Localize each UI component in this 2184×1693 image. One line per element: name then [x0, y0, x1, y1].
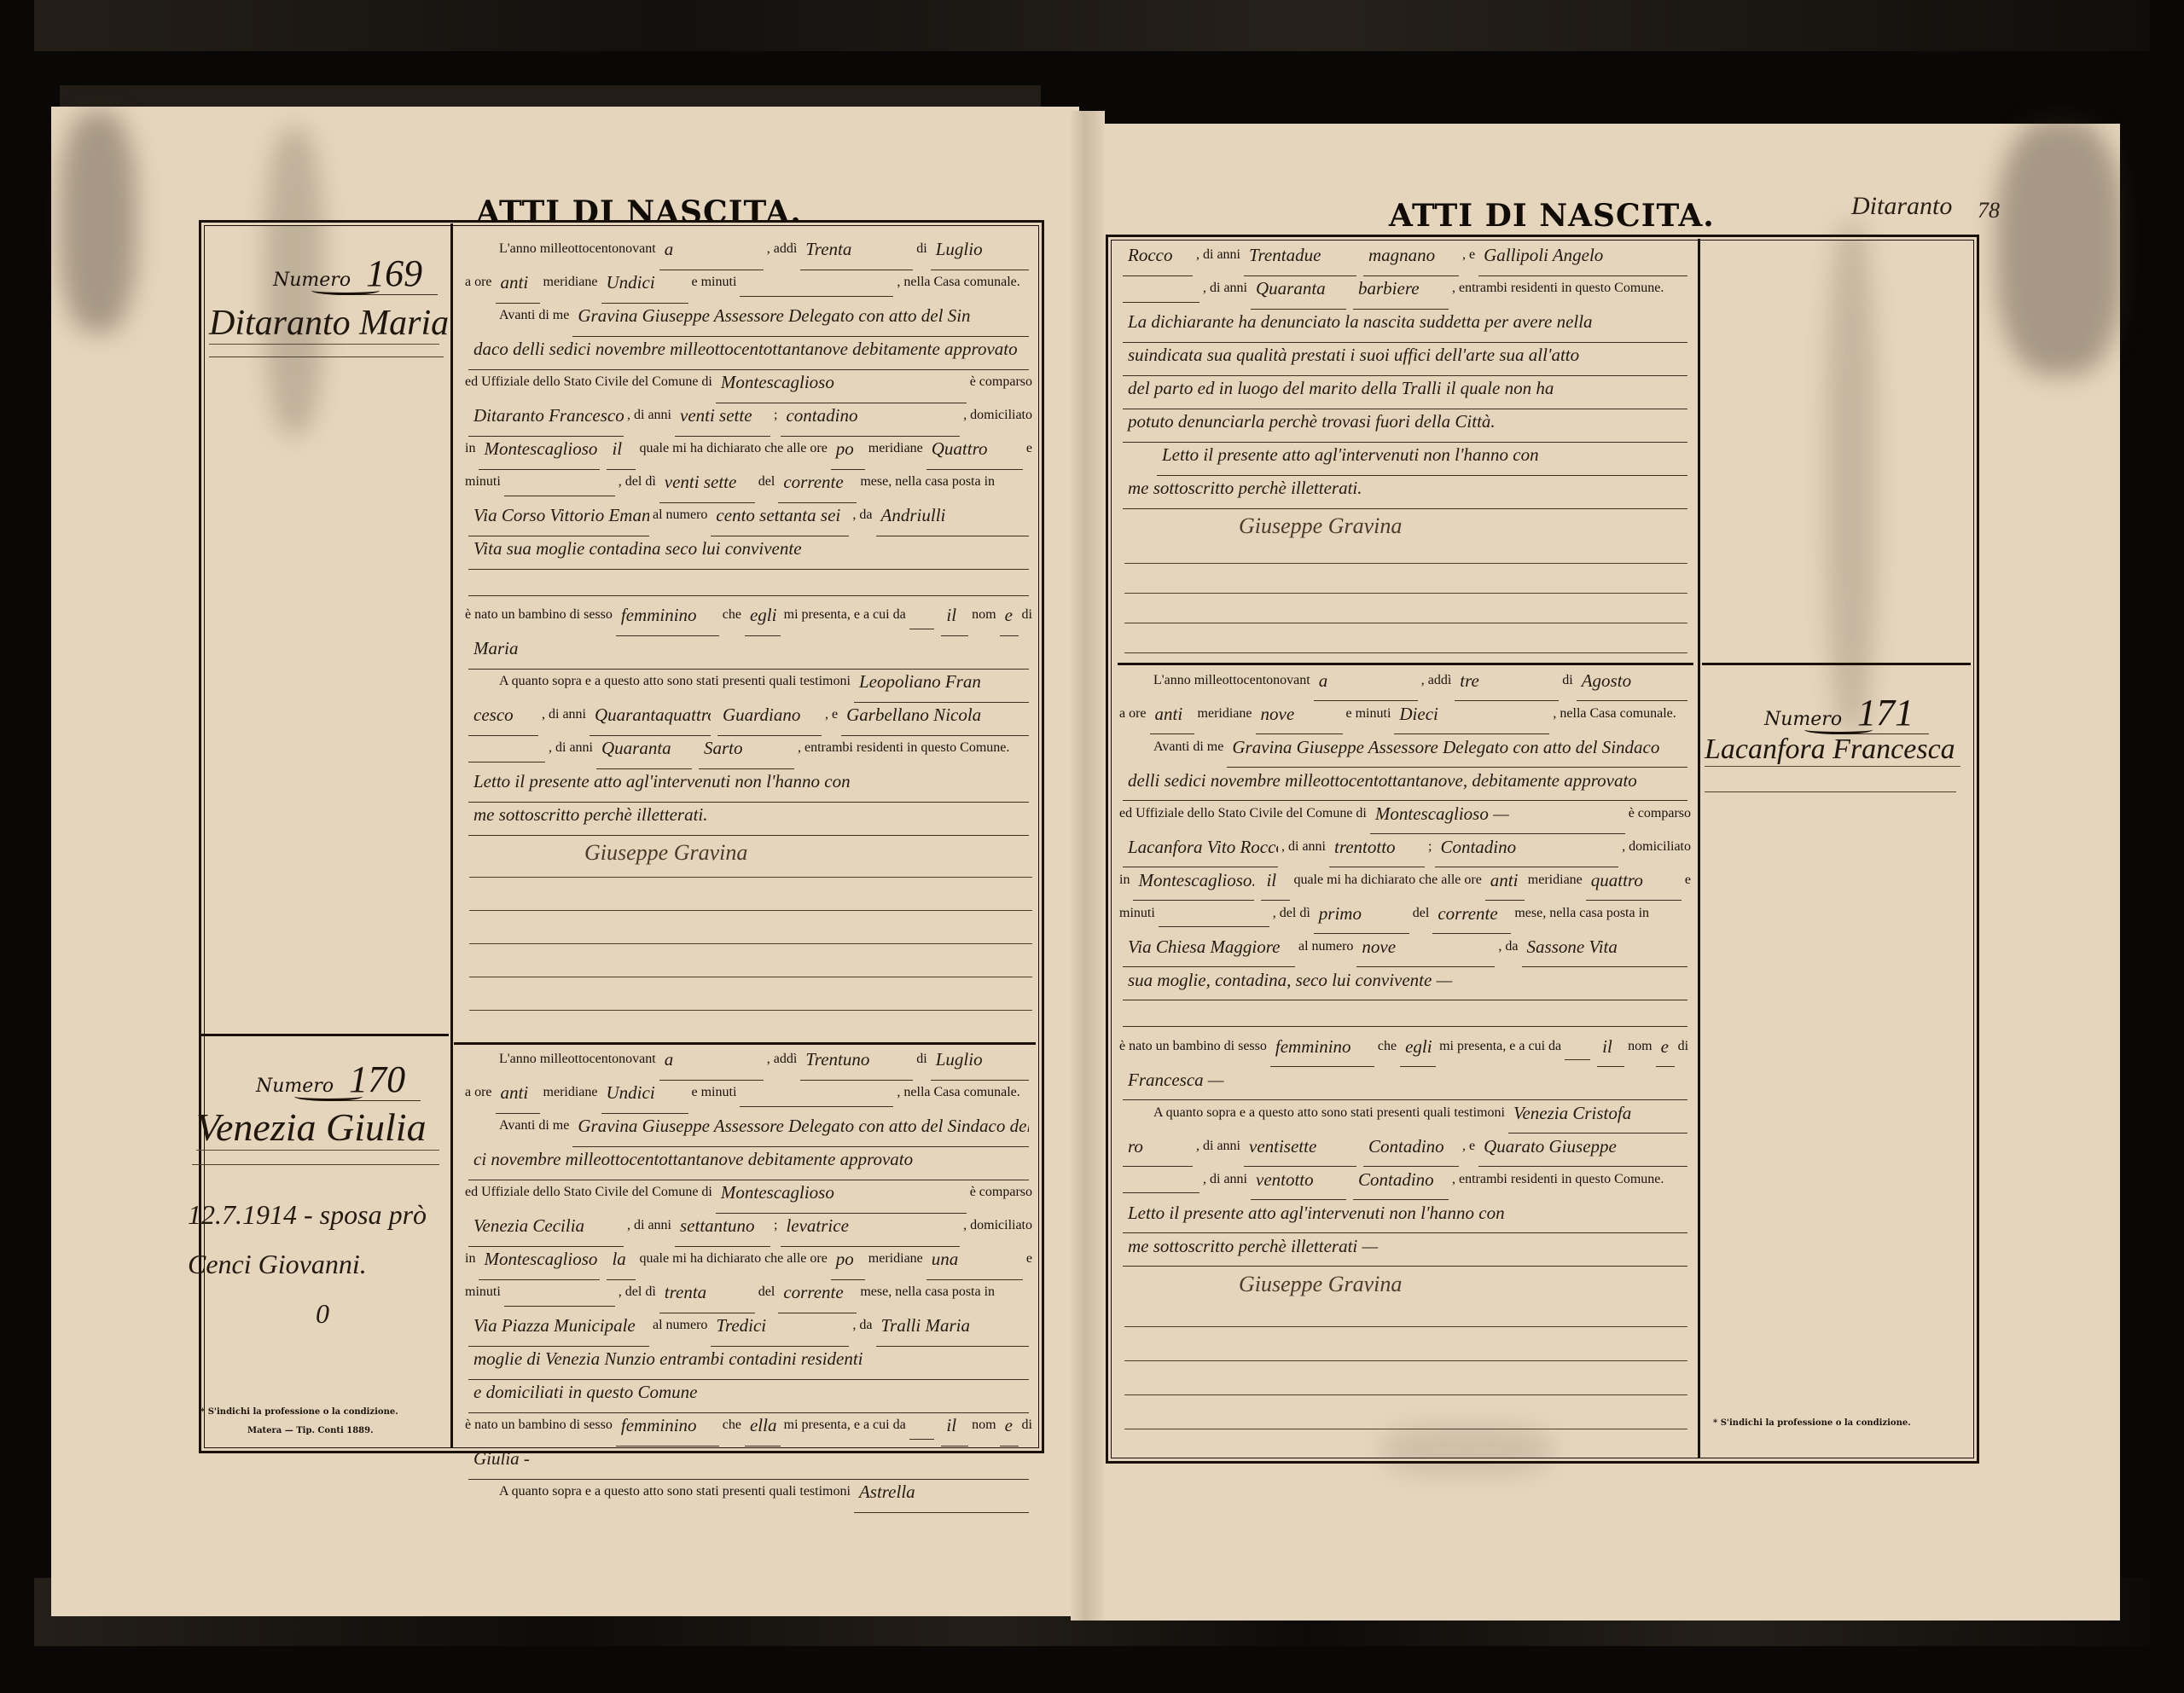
label: , da [852, 498, 872, 536]
ornament [311, 286, 380, 295]
closing-cont: me sottoscritto perchè illetterati. [468, 798, 1029, 836]
label: che [723, 1408, 741, 1447]
label: è nato un bambino di sesso [465, 1408, 613, 1447]
mother: Tralli Maria [876, 1309, 1029, 1347]
label: che [723, 598, 741, 636]
che-fill: egli [745, 599, 781, 636]
label: , e [1462, 1130, 1475, 1167]
label: del [1413, 897, 1430, 934]
label: mese, nella casa posta in [860, 1275, 995, 1313]
act-hour: nove [1256, 699, 1343, 734]
witness-1: Leopoliano Fran [854, 665, 1029, 703]
label: al numero [653, 1308, 707, 1347]
label: , di anni [549, 731, 593, 769]
label: , nella Casa comunale. [1553, 698, 1676, 734]
witness-1-cont: ro [1123, 1131, 1193, 1167]
label: è nato un bambino di sesso [1119, 1030, 1267, 1067]
registrant-name: Lacanfora Francesca [1705, 733, 1960, 767]
label: di [1678, 1030, 1688, 1067]
label: di [1562, 664, 1572, 701]
officer-cont: delli sedici novembre milleottocentottan… [1123, 765, 1687, 801]
officer: Gravina Giuseppe Assessore Delegato con … [572, 299, 1029, 337]
birth-act-170-continued: Rocco, di anniTrentaduemagnano, eGallipo… [1119, 243, 1691, 542]
witness-2-job: Contadino [1353, 1164, 1449, 1200]
witness-2: Quarato Giuseppe [1478, 1131, 1687, 1167]
label: nom [972, 1408, 996, 1447]
mother: Sassone Vita [1522, 931, 1687, 967]
label: minuti [465, 1275, 501, 1313]
birth-act-170: L'anno milleottocentonovanta, addìTrentu… [465, 1047, 1032, 1513]
witness-2-age: Quaranta [596, 732, 692, 769]
registrant-name: Ditaranto Maria [209, 303, 439, 345]
registrant-name: Venezia Giulia [196, 1105, 439, 1151]
label: mese, nella casa posta in [860, 465, 995, 503]
house-number: cento settanta sei [711, 499, 849, 536]
witness-2-age: ventotto [1251, 1164, 1346, 1200]
che-fill: egli [1400, 1031, 1436, 1067]
label: nom [1628, 1030, 1652, 1067]
ruled-line [192, 1164, 439, 1165]
label: Avanti di me [1153, 731, 1223, 768]
label: , del dì [619, 465, 656, 503]
i-fill: il [1597, 1031, 1624, 1067]
closing: Letto il presente atto agl'intervenuti n… [1123, 1197, 1687, 1233]
ruled-line [1124, 1326, 1687, 1327]
label: mi presenta, e a cui da [784, 598, 906, 636]
label: di [1022, 1408, 1032, 1447]
label: A quanto sopra e a questo atto sono stat… [1153, 1097, 1505, 1133]
declaration-line: suindicata sua qualità prestati i suoi u… [1123, 339, 1687, 376]
officer: Gravina Giuseppe Assessore Delegato con … [572, 1110, 1029, 1147]
label: , di anni [1203, 1163, 1247, 1200]
house-number: Tredici [711, 1309, 849, 1347]
book-gutter [1071, 111, 1105, 1621]
label: meridiane [1198, 698, 1252, 734]
ruled-line [209, 357, 444, 357]
label: , domiciliato [1622, 831, 1691, 867]
ruled-line [1124, 1360, 1687, 1361]
declarant-age: trentotto [1329, 832, 1425, 867]
note-line: 12.7.1914 - sposa prò [188, 1190, 444, 1239]
mother-cont: moglie di Venezia Nunzio entrambi contad… [468, 1342, 1029, 1380]
nome-fill: e [1656, 1031, 1675, 1067]
label: mi presenta, e a cui da [784, 1408, 906, 1447]
ruled-line [1705, 791, 1956, 792]
child-sex: femminino [1270, 1031, 1374, 1067]
label: del [758, 1275, 775, 1313]
street: Via Chiesa Maggiore [1123, 931, 1295, 967]
ruled-line [469, 977, 1032, 977]
label: minuti [1119, 897, 1155, 934]
ruled-line [469, 943, 1032, 944]
birth-act-171: L'anno milleottocentonovanta, addìtrediA… [1119, 668, 1691, 1300]
label: , nella Casa comunale. [897, 265, 1019, 304]
mother: Andriulli [876, 499, 1029, 536]
declarant: Lacanfora Vito Rocco [1123, 832, 1278, 867]
ruled-line [469, 1010, 1032, 1011]
comune: Montescaglioso — [1370, 798, 1625, 834]
act-minutes: Dieci [1394, 699, 1549, 734]
label: , addì [767, 232, 798, 270]
label: del [758, 465, 775, 503]
witness-1: Venezia Cristofa [1508, 1098, 1687, 1133]
ruled-line [1124, 1394, 1687, 1395]
street: Via Corso Vittorio Emanuele [468, 499, 649, 536]
che-fill: ella [745, 1409, 781, 1447]
label: in [1119, 864, 1130, 901]
label: e minuti [1346, 698, 1391, 734]
officer-signature: Giuseppe Gravina [1119, 509, 1402, 542]
label: , da [1498, 931, 1518, 967]
label: è nato un bambino di sesso [465, 598, 613, 636]
child-sex: femminino [616, 1409, 719, 1447]
label: , del dì [1273, 897, 1310, 934]
background-top [34, 0, 2150, 51]
label: quale mi ha dichiarato che alle ore [639, 1242, 827, 1280]
label: Avanti di me [499, 1109, 569, 1147]
note-line: Cenci Giovanni. [188, 1239, 444, 1289]
child-sex: femminino [616, 599, 719, 636]
closing-cont: me sottoscritto perchè illetterati — [1123, 1231, 1687, 1267]
printer-credit: Matera — Tip. Conti 1889. [247, 1426, 374, 1435]
closing: Letto il presente atto agl'intervenuti n… [468, 765, 1029, 803]
label: e [1026, 432, 1032, 470]
label: , entrambi residenti in questo Comune. [1452, 1163, 1664, 1200]
corrente: corrente [778, 466, 857, 503]
officer-signature: Giuseppe Gravina [465, 836, 747, 869]
i-fill: il [941, 1409, 968, 1447]
witness-1-age: Trentadue [1244, 239, 1356, 276]
label: e minuti [692, 265, 737, 304]
label: , di anni [1196, 1130, 1240, 1167]
label: quale mi ha dichiarato che alle ore [639, 432, 827, 470]
witness-1-job: magnano [1363, 239, 1459, 276]
ore-fill: anti [1150, 699, 1194, 734]
ruled-line [1124, 593, 1687, 594]
label: Avanti di me [499, 299, 569, 337]
child-name: Francesca — [1123, 1064, 1687, 1100]
witness-2-job: Sarto [699, 732, 794, 769]
label: , di anni [1281, 831, 1326, 867]
label: , entrambi residenti in questo Comune. [1452, 271, 1664, 310]
witness-1-job: Contadino [1363, 1131, 1459, 1167]
ruled-line [469, 910, 1032, 911]
closing: Letto il presente atto agl'intervenuti n… [1157, 438, 1687, 476]
column-divider [450, 223, 453, 1448]
witness-1-cont: cesco [468, 699, 538, 736]
label: nom [972, 598, 996, 636]
label: e minuti [692, 1076, 737, 1114]
label: a ore [465, 265, 492, 304]
label: , nella Casa comunale. [897, 1076, 1019, 1114]
domicile: Montescaglioso. [1133, 865, 1254, 901]
witness-1: Astrella [854, 1476, 1029, 1513]
label: , domiciliato [963, 1209, 1032, 1247]
label: al numero [653, 498, 707, 536]
label: A quanto sopra e a questo atto sono stat… [499, 1475, 851, 1513]
corner-note: Ditaranto [1851, 192, 1952, 221]
footnote: * S'indichi la professione o la condizio… [1713, 1418, 1911, 1428]
act-hour: Undici [601, 266, 688, 304]
label: , del dì [619, 1275, 656, 1313]
birth-act-169: L'anno milleottocentonovanta, addìTrenta… [465, 237, 1032, 869]
witness-1-age: Quarantaquattro [590, 699, 711, 736]
declaration-line: La dichiarante ha denunciato la nascita … [1123, 305, 1687, 343]
record-divider [1702, 663, 1971, 665]
declarant: Ditaranto Francesco [468, 399, 624, 437]
closing-cont: me sottoscritto perchè illetterati. [1123, 472, 1687, 509]
act-month: Agosto [1577, 665, 1687, 701]
footnote: * S'indichi la professione o la condizio… [200, 1407, 398, 1417]
label: ed Uffiziale dello Stato Civile del Comu… [465, 365, 712, 403]
label: quale mi ha dichiarato che alle ore [1293, 864, 1481, 901]
witness-2-job: barbiere [1353, 272, 1449, 310]
declarant: Venezia Cecilia [468, 1209, 624, 1247]
declaration-line: del parto ed in luogo del marito della T… [1123, 372, 1687, 409]
birth-day: primo [1314, 898, 1409, 934]
street: Via Piazza Municipale [468, 1309, 649, 1347]
record-divider [201, 1034, 449, 1036]
act-day: tre [1455, 665, 1559, 701]
label: e [1685, 864, 1691, 901]
comune: Montescaglioso [716, 366, 967, 403]
declaration-line: potuto denunciarla perchè trovasi fuori … [1123, 405, 1687, 443]
label: ed Uffiziale dello Stato Civile del Comu… [1119, 797, 1367, 834]
label: , addì [767, 1042, 798, 1081]
birth-ore: anti [1485, 865, 1525, 901]
witness-1-cont: Rocco [1123, 239, 1193, 276]
mother-cont: sua moglie, contadina, seco lui conviven… [1123, 965, 1687, 1000]
label: è comparso [1629, 797, 1691, 834]
column-divider [1698, 239, 1700, 1458]
label: , domiciliato [963, 398, 1032, 437]
stain [1996, 119, 2124, 375]
marginal-note: 12.7.1914 - sposa prò Cenci Giovanni. 0 [188, 1190, 444, 1338]
label: , di anni [1203, 271, 1247, 310]
label: a ore [1119, 698, 1147, 734]
stain [60, 111, 136, 333]
ruled-line [1124, 623, 1687, 623]
label: ed Uffiziale dello Stato Civile del Comu… [465, 1175, 712, 1214]
declarant-job: Contadino [1435, 832, 1618, 867]
label: L'anno milleottocentonovant [1153, 664, 1310, 701]
comune: Montescaglioso [716, 1176, 967, 1214]
ruled-line [1124, 652, 1687, 653]
ruled-line [1124, 563, 1687, 564]
corrente: corrente [1432, 898, 1511, 934]
label: e [1026, 1242, 1032, 1280]
corrente: corrente [778, 1276, 857, 1313]
nome-fill: e [1000, 599, 1019, 636]
note-mark: 0 [188, 1289, 444, 1338]
page-title: ATTI DI NASCITA. [1389, 198, 1715, 234]
label: a ore [465, 1076, 492, 1114]
act-hour: Undici [601, 1076, 688, 1114]
page-number: 78 [1978, 198, 2000, 223]
label: mese, nella casa posta in [1514, 897, 1649, 934]
label: , entrambi residenti in questo Comune. [798, 731, 1009, 769]
label: , addì [1421, 664, 1452, 701]
house-number: nove [1356, 931, 1495, 967]
mother-cont: Vita sua moglie contadina seco lui convi… [468, 532, 1029, 570]
ruled-line [1124, 1429, 1687, 1429]
label: di [1022, 598, 1032, 636]
officer-signature: Giuseppe Gravina [1119, 1268, 1402, 1300]
witness-2-age: Quaranta [1251, 272, 1346, 310]
label: , da [852, 1308, 872, 1347]
label: al numero [1298, 931, 1353, 967]
nome-fill: e [1000, 1409, 1019, 1447]
label: minuti [465, 465, 501, 503]
i-fill: il [941, 599, 968, 636]
label: che [1378, 1030, 1397, 1067]
birth-hour: quattro [1586, 865, 1682, 901]
ruled-line [469, 877, 1032, 878]
label: mi presenta, e a cui da [1439, 1030, 1561, 1067]
witness-1-age: ventisette [1244, 1131, 1356, 1167]
label: meridiane [1528, 864, 1583, 901]
year-suffix: a [1314, 665, 1418, 701]
officer: Gravina Giuseppe Assessore Delegato con … [1227, 732, 1687, 768]
pronoun: il [1261, 865, 1290, 901]
ornament [294, 1092, 363, 1101]
